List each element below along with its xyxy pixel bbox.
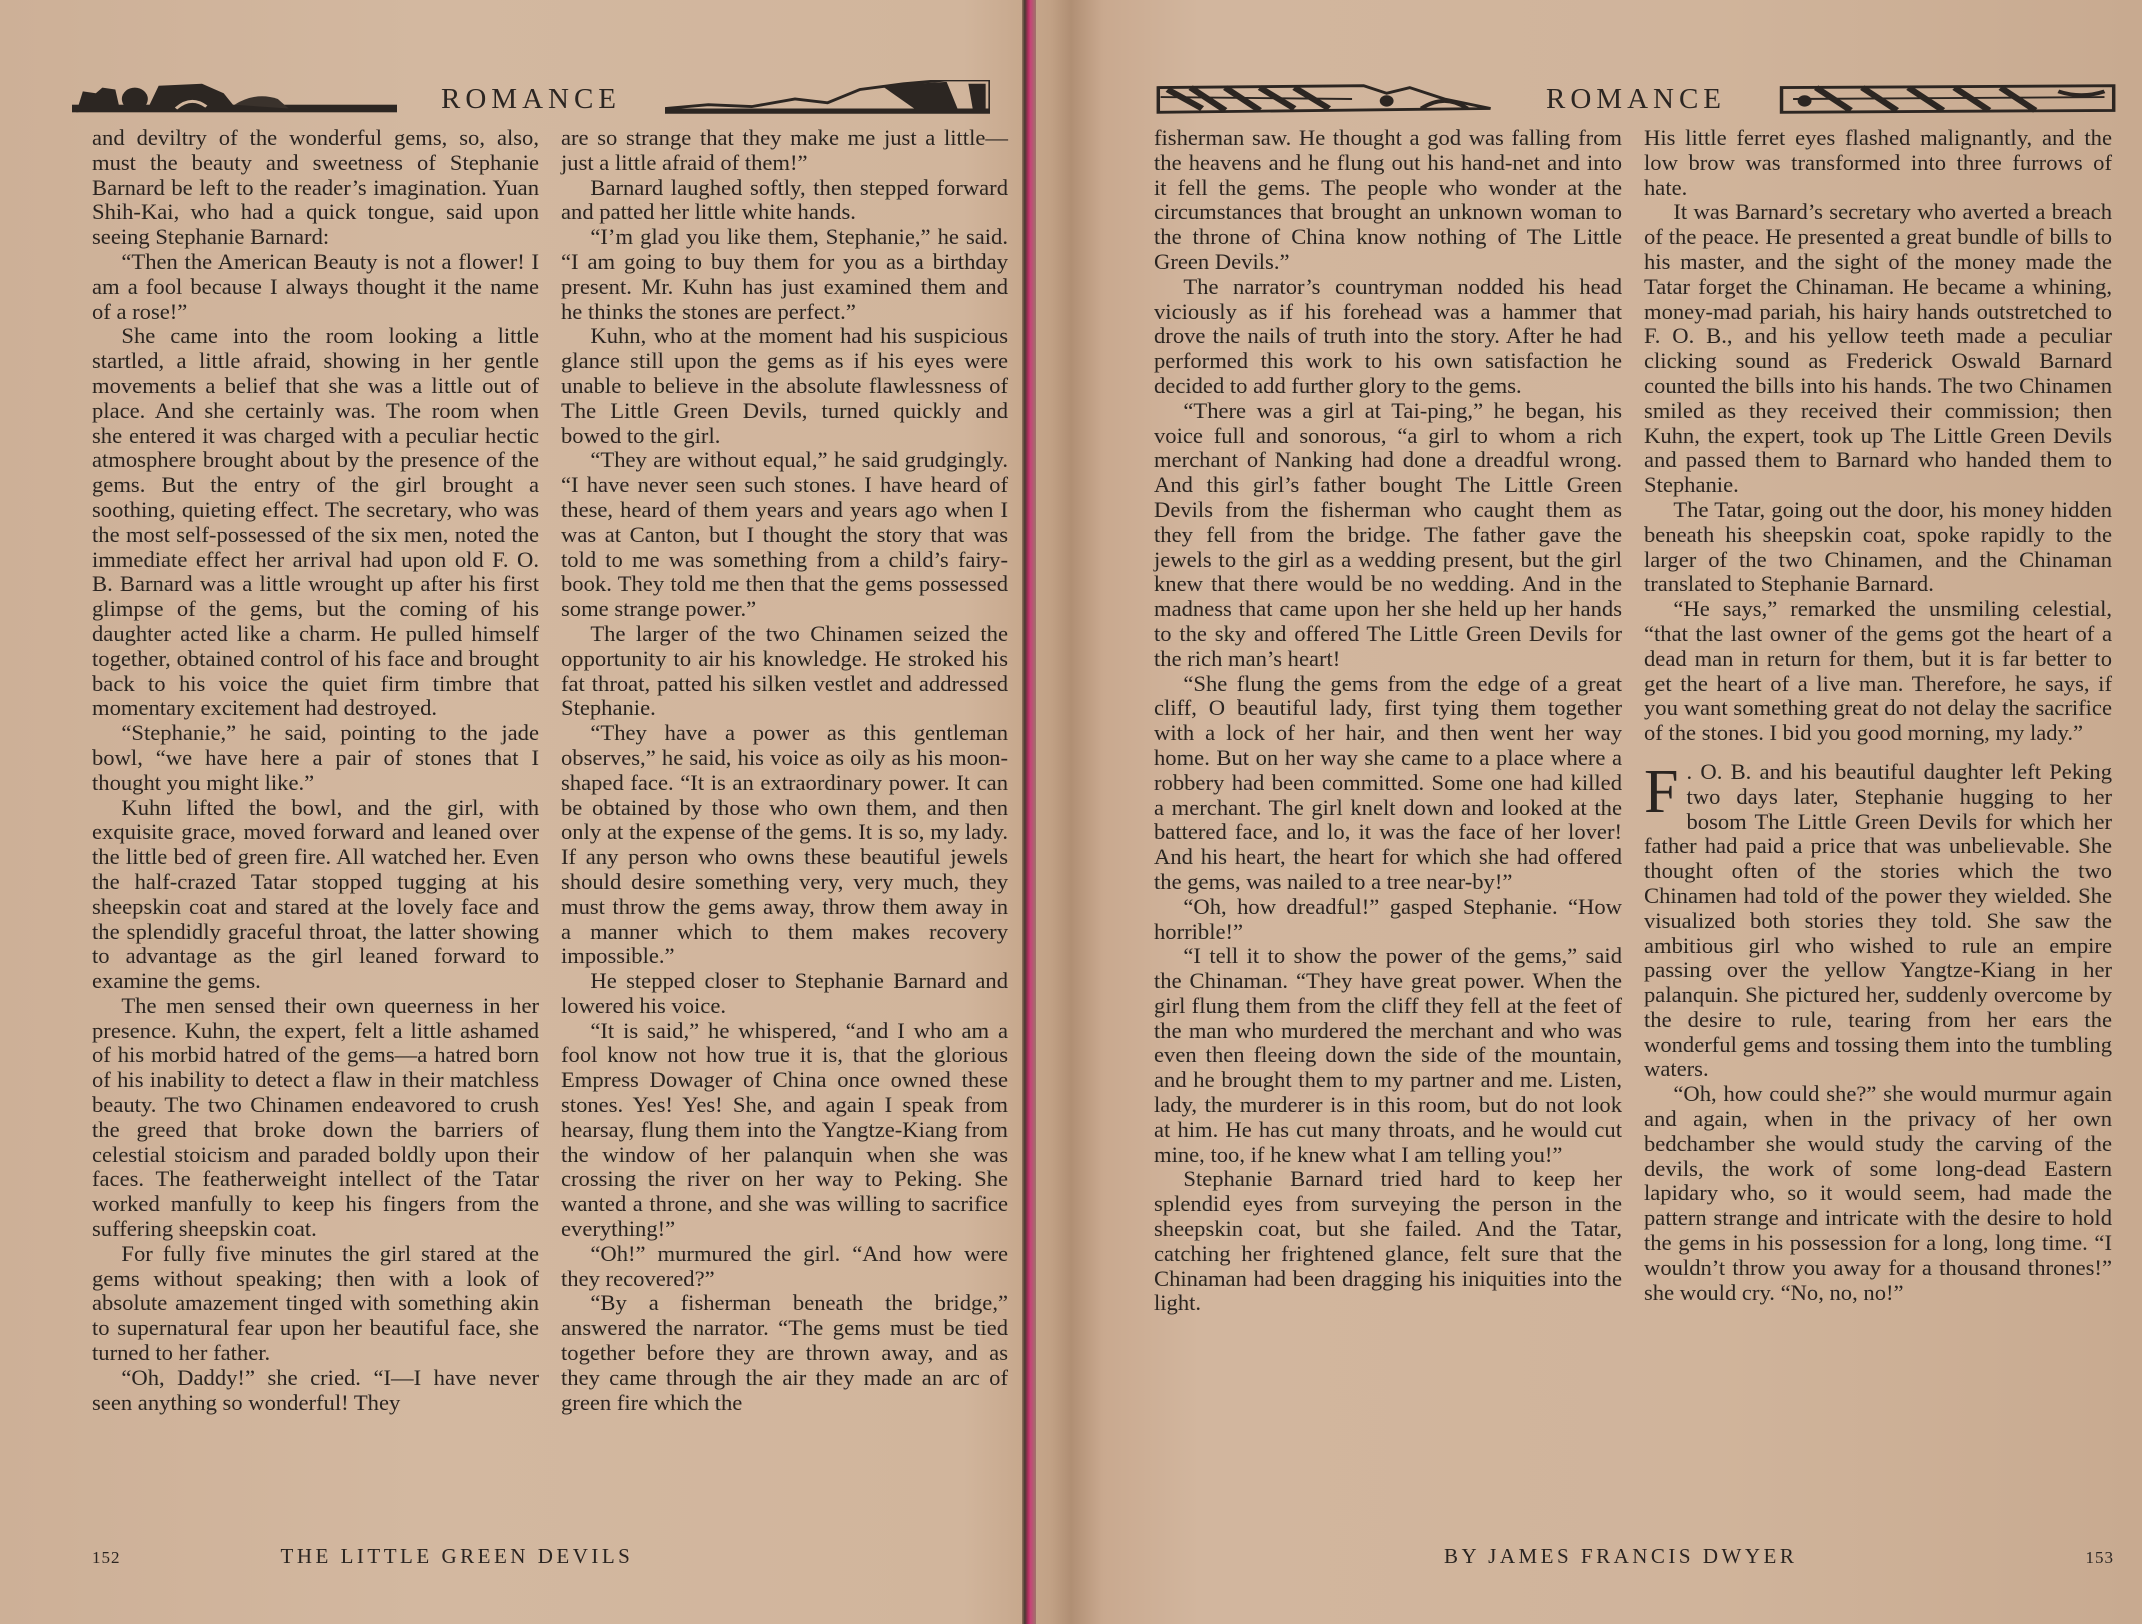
magazine-spread: ROMANCE and deviltry of the wonderful ge… xyxy=(0,0,2142,1624)
paragraph: “They are without equal,” he said grudgi… xyxy=(561,448,1008,622)
page-number: 153 xyxy=(2086,1548,2115,1568)
paragraph: “They have a power as this gentleman obs… xyxy=(561,721,1008,969)
paragraph: “Oh, how dreadful!” gasped Stephanie. “H… xyxy=(1154,895,1622,945)
text-columns: fisherman saw. He thought a god was fall… xyxy=(1154,126,2112,1316)
paragraph: and deviltry of the wonderful gems, so, … xyxy=(92,126,539,250)
text-column-2: are so strange that they make me just a … xyxy=(561,126,1008,1415)
paragraph: are so strange that they make me just a … xyxy=(561,126,1008,176)
header-ornament-right-icon xyxy=(1770,80,2116,118)
paragraph: “There was a girl at Tai-ping,” he began… xyxy=(1154,399,1622,672)
author-byline: BY JAMES FRANCIS DWYER xyxy=(1444,1544,1797,1569)
paragraph: For fully five minutes the girl stared a… xyxy=(92,1242,539,1366)
paragraph: “He says,” remarked the unsmiling celest… xyxy=(1644,597,2112,746)
paragraph: fisherman saw. He thought a god was fall… xyxy=(1154,126,1622,275)
paragraph: “I’m glad you like them, Stephanie,” he … xyxy=(561,225,1008,324)
text-columns: and deviltry of the wonderful gems, so, … xyxy=(92,126,1008,1415)
paragraph: He stepped closer to Stephanie Barnard a… xyxy=(561,969,1008,1019)
story-title: THE LITTLE GREEN DEVILS xyxy=(281,1544,634,1569)
header-ornament-right-icon xyxy=(665,80,990,118)
page-footer: BY JAMES FRANCIS DWYER 153 xyxy=(1154,1544,2114,1569)
paragraph: The narrator’s countryman nodded his hea… xyxy=(1154,275,1622,399)
text-column-1: fisherman saw. He thought a god was fall… xyxy=(1154,126,1622,1316)
text-column-1: and deviltry of the wonderful gems, so, … xyxy=(92,126,539,1415)
paragraph: Kuhn lifted the bowl, and the girl, with… xyxy=(92,796,539,994)
paragraph: “Stephanie,” he said, pointing to the ja… xyxy=(92,721,539,795)
paragraph: She came into the room looking a little … xyxy=(92,324,539,721)
paragraph: “Oh!” murmured the girl. “And how were t… xyxy=(561,1242,1008,1292)
running-head: ROMANCE xyxy=(1502,83,1770,118)
page-header: ROMANCE xyxy=(72,62,990,118)
paragraph: Stephanie Barnard tried hard to keep her… xyxy=(1154,1167,1622,1316)
paragraph: “Oh, how could she?” she would murmur ag… xyxy=(1644,1082,2112,1305)
text-column-2: His little ferret eyes flashed malignant… xyxy=(1644,126,2112,1316)
paragraph: His little ferret eyes flashed malignant… xyxy=(1644,126,2112,200)
paragraph: Barnard laughed softly, then stepped for… xyxy=(561,176,1008,226)
drop-cap: F xyxy=(1644,762,1686,818)
paragraph: The larger of the two Chinamen seized th… xyxy=(561,622,1008,721)
paragraph: “By a fisherman beneath the bridge,” ans… xyxy=(561,1291,1008,1415)
running-head: ROMANCE xyxy=(397,83,665,118)
header-ornament-left-icon xyxy=(72,80,397,118)
paragraph: “Then the American Beauty is not a flowe… xyxy=(92,250,539,324)
paragraph-text: . O. B. and his beautiful daughter left … xyxy=(1644,759,2112,1082)
page-header: ROMANCE xyxy=(1156,62,2116,118)
paragraph: The Tatar, going out the door, his money… xyxy=(1644,498,2112,597)
header-ornament-left-icon xyxy=(1156,80,1502,118)
paragraph: “She flung the gems from the edge of a g… xyxy=(1154,672,1622,895)
paragraph: “It is said,” he whispered, “and I who a… xyxy=(561,1019,1008,1242)
paragraph: “Oh, Daddy!” she cried. “I—I have never … xyxy=(92,1366,539,1416)
paragraph: It was Barnard’s secretary who averted a… xyxy=(1644,200,2112,498)
paragraph: Kuhn, who at the moment had his suspicio… xyxy=(561,324,1008,448)
paragraph: “I tell it to show the power of the gems… xyxy=(1154,944,1622,1167)
page-number: 152 xyxy=(92,1548,121,1568)
left-page: ROMANCE and deviltry of the wonderful ge… xyxy=(0,0,1022,1624)
paragraph: The men sensed their own queerness in he… xyxy=(92,994,539,1242)
right-page: ROMANCE fisherman saw. He thought a god … xyxy=(1036,0,2142,1624)
page-footer: 152 THE LITTLE GREEN DEVILS xyxy=(92,1544,1022,1569)
section-opening-paragraph: F. O. B. and his beautiful daughter left… xyxy=(1644,760,2112,1082)
book-gutter xyxy=(1022,0,1036,1624)
